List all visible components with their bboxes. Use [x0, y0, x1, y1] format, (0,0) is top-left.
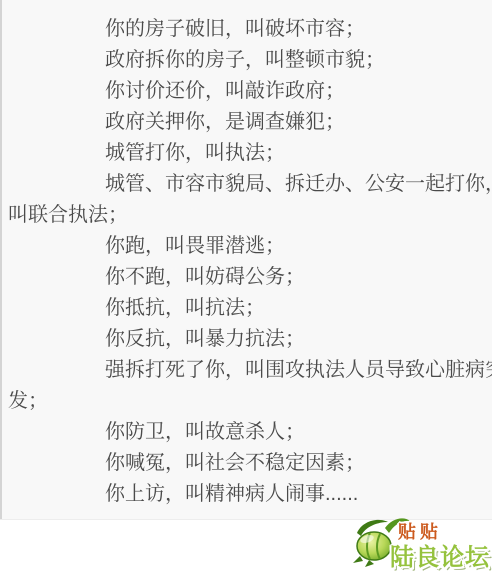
text-line: 你的房子破旧，叫破坏市容； — [8, 14, 492, 45]
text-line: 政府拆你的房子，叫整顿市貌； — [8, 45, 492, 76]
text-area: 你的房子破旧，叫破坏市容； 政府拆你的房子，叫整顿市貌； 你讨价还价，叫敲诈政府… — [0, 0, 492, 519]
text-line: 城管、市容市貌局、拆迁办、公安一起打你， — [8, 169, 492, 200]
text-line: 强拆打死了你，叫围攻执法人员导致心脏病突 — [8, 355, 492, 386]
text-line: 你讨价还价，叫敲诈政府； — [8, 76, 492, 107]
text-line: 你不跑，叫妨碍公务； — [8, 262, 492, 293]
text-line: 发； — [8, 386, 492, 417]
text-line: 你防卫，叫故意杀人； — [8, 417, 492, 448]
text-line: 你抵抗，叫抗法； — [8, 293, 492, 324]
text-line: 你喊冤，叫社会不稳定因素； — [8, 448, 492, 479]
text-line: 政府关押你，是调查嫌犯； — [8, 107, 492, 138]
forum-watermark: 贴贴 陆良论坛 — [350, 508, 492, 572]
text-line: 城管打你，叫执法； — [8, 138, 492, 169]
text-line: 你跑，叫畏罪潜逃； — [8, 231, 492, 262]
watermark-site-name: 陆良论坛 — [390, 537, 490, 572]
text-line: 你反抗，叫暴力抗法； — [8, 324, 492, 355]
text-line: 叫联合执法； — [8, 200, 492, 231]
image-canvas: 你的房子破旧，叫破坏市容； 政府拆你的房子，叫整顿市貌； 你讨价还价，叫敲诈政府… — [0, 0, 492, 572]
text-line: 你上访，叫精神病人闹事...... — [8, 479, 492, 510]
